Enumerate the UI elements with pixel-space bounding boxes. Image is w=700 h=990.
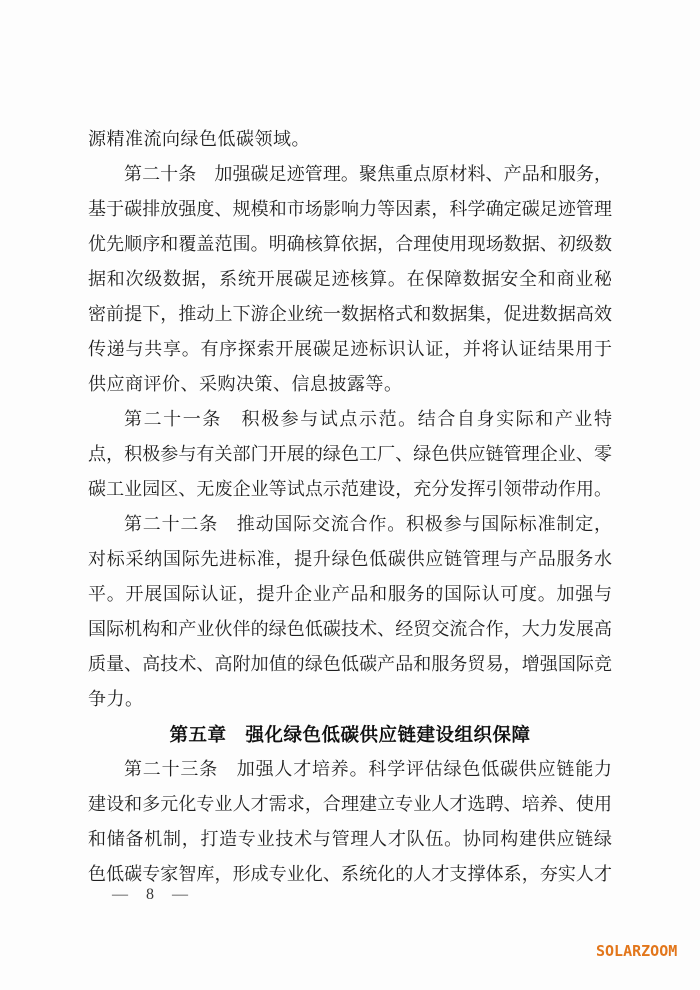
text-line: 密前提下，推动上下游企业统一数据格式和数据集，促进数据高效 [88, 297, 612, 332]
text-line: 和储备机制，打造专业技术与管理人才队伍。协同构建供应链绿 [88, 822, 612, 857]
document-page: 源精准流向绿色低碳领域。第二十条 加强碳足迹管理。聚焦重点原材料、产品和服务，基… [0, 0, 700, 990]
watermark-solarzoom: SOLARZOOM [596, 943, 677, 959]
text-line: 碳工业园区、无废企业等试点示范建设，充分发挥引领带动作用。 [88, 472, 612, 507]
text-line: 点，积极参与有关部门开展的绿色工厂、绿色供应链管理企业、零 [88, 437, 612, 472]
text-line: 传递与共享。有序探索开展碳足迹标识认证，并将认证结果用于 [88, 332, 612, 367]
text-line: 第二十条 加强碳足迹管理。聚焦重点原材料、产品和服务， [88, 157, 612, 192]
text-line: 优先顺序和覆盖范围。明确核算依据，合理使用现场数据、初级数 [88, 227, 612, 262]
page-number: — 8 — [112, 884, 195, 906]
text-line: 基于碳排放强度、规模和市场影响力等因素，科学确定碳足迹管理 [88, 192, 612, 227]
text-line: 国际机构和产业伙伴的绿色低碳技术、经贸交流合作，大力发展高 [88, 612, 612, 647]
text-line: 建设和多元化专业人才需求，合理建立专业人才选聘、培养、使用 [88, 787, 612, 822]
text-line: 对标采纳国际先进标准，提升绿色低碳供应链管理与产品服务水 [88, 542, 612, 577]
text-line: 第二十三条 加强人才培养。科学评估绿色低碳供应链能力 [88, 752, 612, 787]
text-line: 第二十二条 推动国际交流合作。积极参与国际标准制定， [88, 507, 612, 542]
text-line: 供应商评价、采购决策、信息披露等。 [88, 367, 612, 402]
text-line: 质量、高技术、高附加值的绿色低碳产品和服务贸易，增强国际竞 [88, 647, 612, 682]
chapter-heading: 第五章 强化绿色低碳供应链建设组织保障 [88, 717, 612, 752]
text-line: 第二十一条 积极参与试点示范。结合自身实际和产业特 [88, 402, 612, 437]
text-line: 争力。 [88, 682, 612, 717]
text-line: 据和次级数据，系统开展碳足迹核算。在保障数据安全和商业秘 [88, 262, 612, 297]
text-line: 源精准流向绿色低碳领域。 [88, 122, 612, 157]
text-block: 源精准流向绿色低碳领域。第二十条 加强碳足迹管理。聚焦重点原材料、产品和服务，基… [88, 122, 612, 892]
text-line: 平。开展国际认证，提升企业产品和服务的国际认可度。加强与 [88, 577, 612, 612]
